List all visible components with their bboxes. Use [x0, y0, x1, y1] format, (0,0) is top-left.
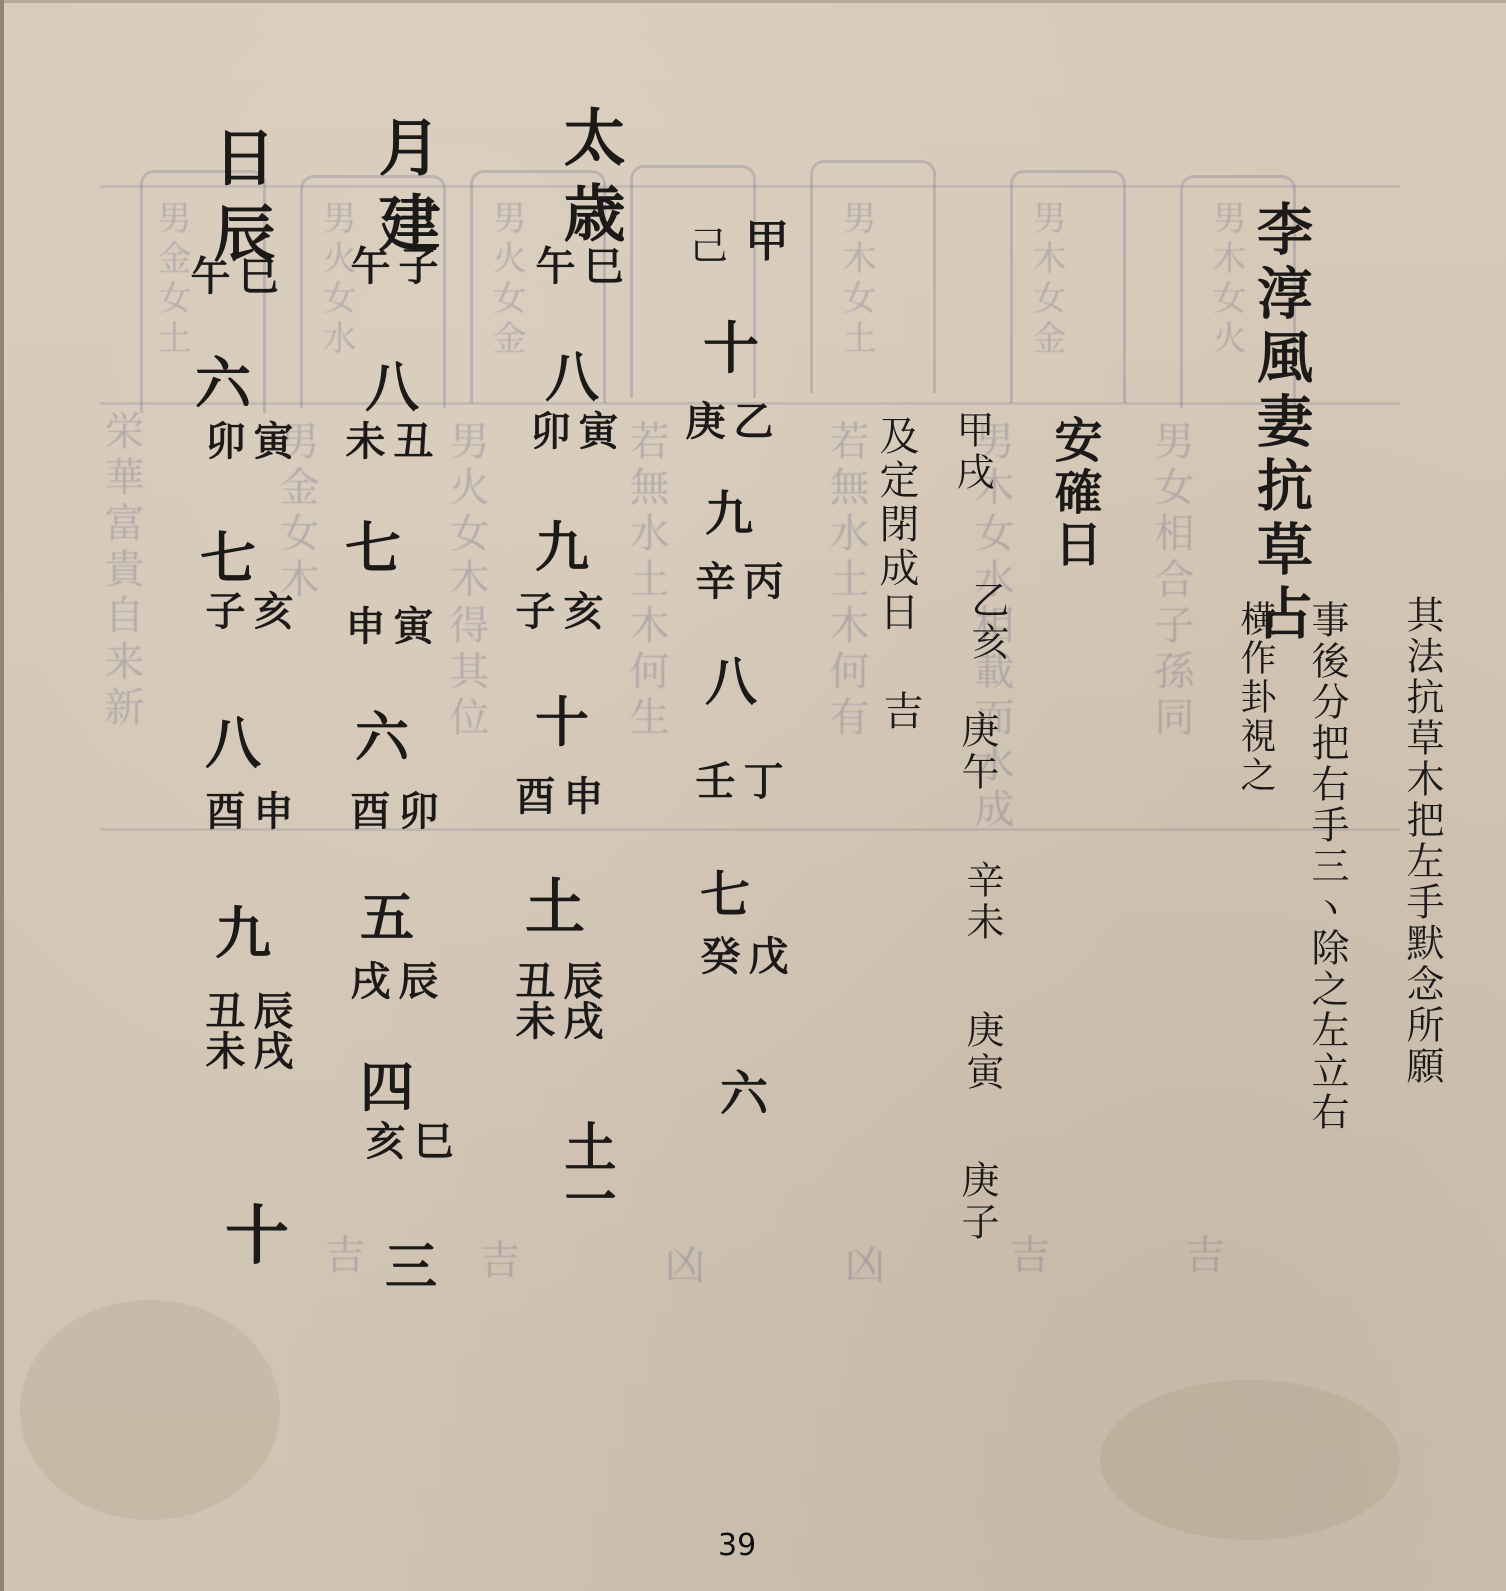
stem-value: 六 — [720, 1055, 768, 1124]
stem-right: 戊 — [743, 935, 787, 975]
method-text-col2: 事後分把右手三ヽ除之左立右 — [1300, 600, 1355, 1133]
yue-jian-pair: 丑 未 — [340, 420, 432, 460]
branch-left: 午 — [345, 245, 389, 285]
tai-sui-pair: 亥 子 — [510, 590, 602, 630]
ri-chen-pair: 寅 卯 — [200, 420, 292, 460]
stem-value: 七 — [700, 855, 750, 927]
branch-left: 酉 — [345, 790, 389, 830]
yue-jian-pair: 卯 酉 — [345, 790, 437, 830]
stem-value: 九 — [705, 475, 753, 544]
paper-stain — [1100, 1380, 1400, 1540]
branch-right: 巳 — [408, 1120, 452, 1160]
branch-left: 戌 — [345, 960, 389, 1000]
ri-chen-pair: 申 酉 — [200, 790, 292, 830]
tai-sui-pair: 巳 午 — [530, 245, 622, 285]
stem-left: 辛 — [690, 560, 734, 600]
branch-left: 午 — [530, 245, 574, 285]
stem-header-right: 甲 — [745, 205, 789, 269]
yue-jian-pair: 辰 戌 — [345, 960, 437, 1000]
paper-stain — [20, 1300, 280, 1520]
branch-left: 丑未 — [200, 990, 244, 1070]
stem-pair: 丙 辛 — [690, 560, 782, 600]
branch-right: 子 — [393, 245, 437, 285]
branch-right: 辰 — [393, 960, 437, 1000]
bleed-column: 男火女金 — [480, 200, 532, 360]
bleed-column: 男木女土 — [830, 200, 882, 360]
stem-value: 十 — [703, 305, 759, 385]
ri-chen-pair: 亥 子 — [200, 590, 292, 630]
branch-left: 申 — [340, 605, 384, 645]
bleed-verdict: 吉 — [480, 1235, 526, 1287]
stem-header-left: 己 — [690, 215, 728, 270]
branch-right: 辰戌 — [558, 960, 602, 1040]
branch-left: 子 — [200, 590, 244, 630]
tai-sui-heading: 太歳 — [545, 105, 634, 257]
bleed-verdict: 凶 — [665, 1240, 711, 1292]
stem-right: 丁 — [738, 760, 782, 800]
stem-pair: 乙 庚 — [680, 400, 772, 440]
branch-right: 寅 — [573, 410, 617, 450]
auspicious-day: 庚子 — [950, 1160, 1005, 1244]
yue-jian-value: 七 — [345, 505, 401, 585]
ri-chen-value: 八 — [205, 700, 261, 780]
stem-pair: 戊 癸 — [695, 935, 787, 975]
tai-sui-value: 九 — [535, 505, 589, 582]
bleed-rule — [100, 828, 1400, 831]
branch-right: 申 — [248, 790, 292, 830]
yue-jian-value: 四 — [360, 1045, 414, 1122]
branch-right: 寅 — [388, 605, 432, 645]
stem-value: 八 — [705, 640, 757, 715]
ri-chen-value: 六 — [195, 340, 251, 420]
tai-sui-pair: 寅 卯 — [525, 410, 617, 450]
tai-sui-value: 土一 — [548, 1120, 623, 1224]
page-number: 39 — [718, 1528, 756, 1563]
auspicious-day: 庚午 — [950, 710, 1005, 794]
tai-sui-pair: 辰戌 丑未 — [510, 960, 602, 1040]
stem-right: 乙 — [728, 400, 772, 440]
auspicious-day: 甲戌 — [945, 410, 1000, 494]
branch-right: 辰戌 — [248, 990, 292, 1070]
branch-left: 午 — [185, 255, 229, 295]
tai-sui-pair: 申 酉 — [510, 775, 602, 815]
branch-left: 未 — [340, 420, 384, 460]
branch-left: 子 — [510, 590, 554, 630]
method-text-col3: 横作卦視之 — [1230, 600, 1281, 795]
branch-right: 申 — [558, 775, 602, 815]
yue-jian-value: 八 — [365, 345, 419, 422]
branch-left: 丑未 — [510, 960, 554, 1040]
stem-right: 丙 — [738, 560, 782, 600]
branch-left: 卯 — [200, 420, 244, 460]
bleed-rule — [100, 185, 1400, 188]
tai-sui-value: 土 — [525, 860, 585, 946]
branch-left: 亥 — [360, 1120, 404, 1160]
bleed-column: 若無水土木何有 — [820, 420, 872, 742]
branch-right: 巳 — [578, 245, 622, 285]
branch-left: 卯 — [525, 410, 569, 450]
method-text-col1: 其法抗草木把左手默念所願 — [1395, 595, 1450, 1087]
auspicious-heading: 安確日 — [1040, 415, 1109, 571]
bleed-column: 栄華富貴自来新 — [95, 410, 147, 732]
auspicious-verdict: 吉 — [872, 690, 929, 734]
ri-chen-value: 九 — [215, 890, 271, 970]
yue-jian-pair: 子 午 — [345, 245, 437, 285]
bleed-column: 男女相合子孫同 — [1145, 420, 1197, 742]
stem-pair: 丁 壬 — [690, 760, 782, 800]
bleed-verdict: 吉 — [325, 1230, 371, 1282]
auspicious-day: 乙亥 — [960, 580, 1015, 664]
ri-chen-value: 十 — [225, 1185, 289, 1277]
page-title: 李淳風妻抗草占 — [1240, 200, 1320, 648]
tai-sui-value: 十 — [535, 680, 589, 757]
stem-left: 庚 — [680, 400, 724, 440]
yue-jian-value: 三 — [385, 1225, 437, 1300]
yue-jian-value: 六 — [355, 695, 409, 772]
bleed-verdict: 吉 — [1010, 1230, 1056, 1282]
branch-left: 酉 — [510, 775, 554, 815]
branch-right: 亥 — [248, 590, 292, 630]
bleed-column: 男木女金 — [1020, 200, 1072, 360]
branch-right: 卯 — [393, 790, 437, 830]
branch-right: 亥 — [558, 590, 602, 630]
stem-left: 壬 — [690, 760, 734, 800]
auspicious-day: 庚寅 — [955, 1010, 1010, 1094]
tai-sui-value: 八 — [545, 335, 599, 412]
branch-right: 寅 — [248, 420, 292, 460]
branch-left: 酉 — [200, 790, 244, 830]
auspicious-note: 及定閉成日 — [868, 415, 925, 635]
bleed-verdict: 凶 — [845, 1240, 891, 1292]
auspicious-day: 辛未 — [955, 860, 1010, 944]
ri-chen-pair: 辰戌 丑未 — [200, 990, 292, 1070]
branch-right: 丑 — [388, 420, 432, 460]
stem-left: 癸 — [695, 935, 739, 975]
branch-right: 巳 — [233, 255, 277, 295]
yue-jian-value: 五 — [360, 875, 414, 952]
yue-jian-pair: 巳 亥 — [360, 1120, 452, 1160]
yue-jian-pair: 寅 申 — [340, 605, 432, 645]
bleed-column: 若無水土木何生 — [620, 420, 672, 742]
bleed-verdict: 吉 — [1185, 1230, 1231, 1282]
bleed-column: 男火女木得其位 — [440, 420, 492, 742]
manuscript-page: 男女相合子孫同 男木女火 男木女水相載而水成 男木女金 若無水土木何有 男木女土… — [0, 0, 1506, 1591]
ri-chen-pair: 巳 午 — [185, 255, 277, 295]
ri-chen-value: 七 — [200, 515, 256, 595]
